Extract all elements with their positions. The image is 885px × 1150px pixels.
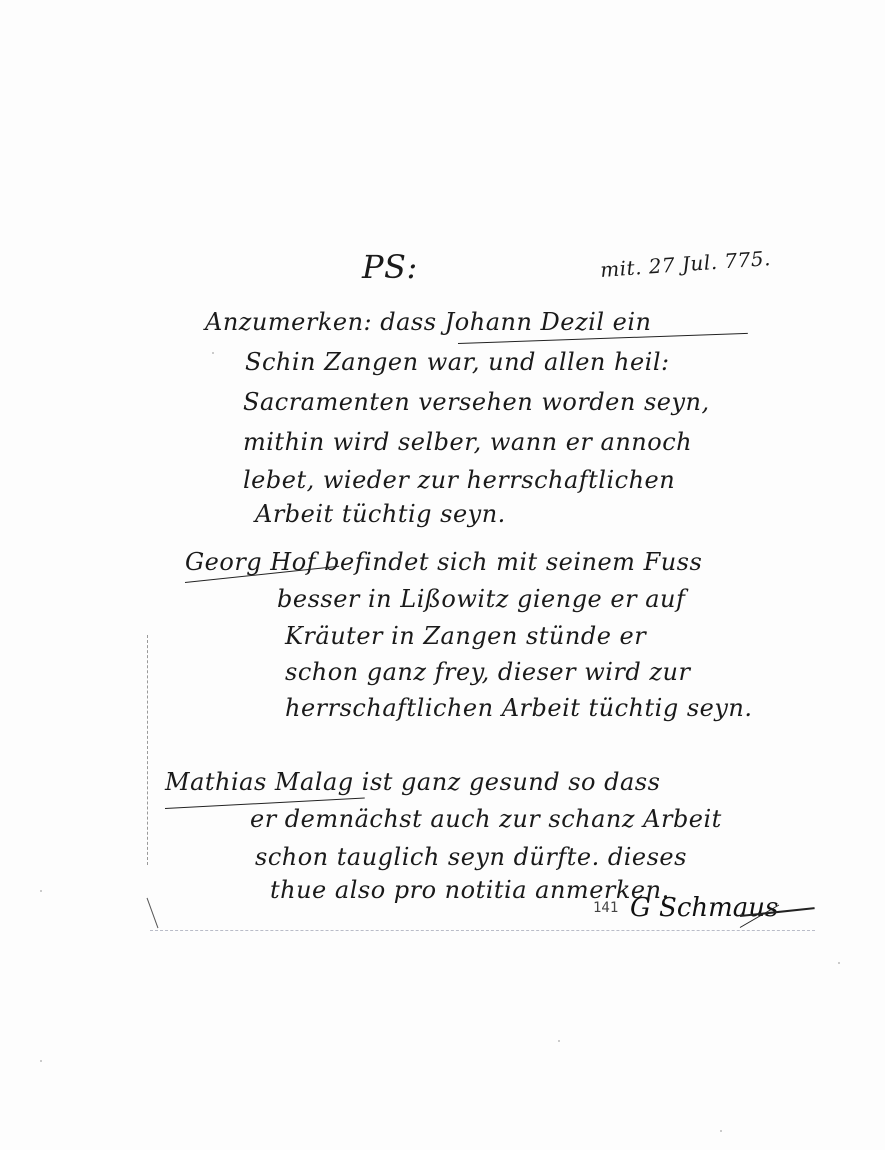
paragraph-2-line-4: schon ganz frey, dieser wird zur xyxy=(285,658,690,686)
scan-speckle xyxy=(40,1060,42,1062)
paragraph-1-line-6: Arbeit tüchtig seyn. xyxy=(255,500,506,528)
page-left-edge xyxy=(147,635,148,865)
paragraph-3-line-1: Mathias Malag ist ganz gesund so dass xyxy=(165,768,660,796)
scan-speckle xyxy=(558,1040,560,1042)
paragraph-1-line-3: Sacramenten versehen worden seyn, xyxy=(243,388,710,416)
paragraph-2-line-1: Georg Hof befindet sich mit seinem Fuss xyxy=(185,548,702,576)
paragraph-2-line-5: herrschaftlichen Arbeit tüchtig seyn. xyxy=(285,694,753,722)
scan-speckle xyxy=(40,890,42,892)
paragraph-1-line-2: Schin Zangen war, und allen heil: xyxy=(245,348,670,376)
header-abbreviation: PS: xyxy=(362,248,418,286)
folio-stamp: 141 xyxy=(593,900,618,916)
paragraph-3-line-3: schon tauglich seyn dürfte. dieses xyxy=(255,843,687,871)
paragraph-1-line-4: mithin wird selber, wann er annoch xyxy=(243,428,692,456)
paragraph-3-line-2: er demnächst auch zur schanz Arbeit xyxy=(250,805,722,833)
scan-speckle xyxy=(212,352,214,354)
paragraph-1-line-1: Anzumerken: dass Johann Dezil ein xyxy=(205,308,651,336)
paragraph-1-line-5: lebet, wieder zur herrschaftlichen xyxy=(243,466,675,494)
scan-speckle xyxy=(838,962,840,964)
paragraph-2-line-3: Kräuter in Zangen stünde er xyxy=(285,622,646,650)
page-bottom-edge xyxy=(150,930,815,931)
scan-speckle xyxy=(720,1130,722,1132)
paragraph-2-line-2: besser in Lißowitz gienge er auf xyxy=(277,585,685,613)
